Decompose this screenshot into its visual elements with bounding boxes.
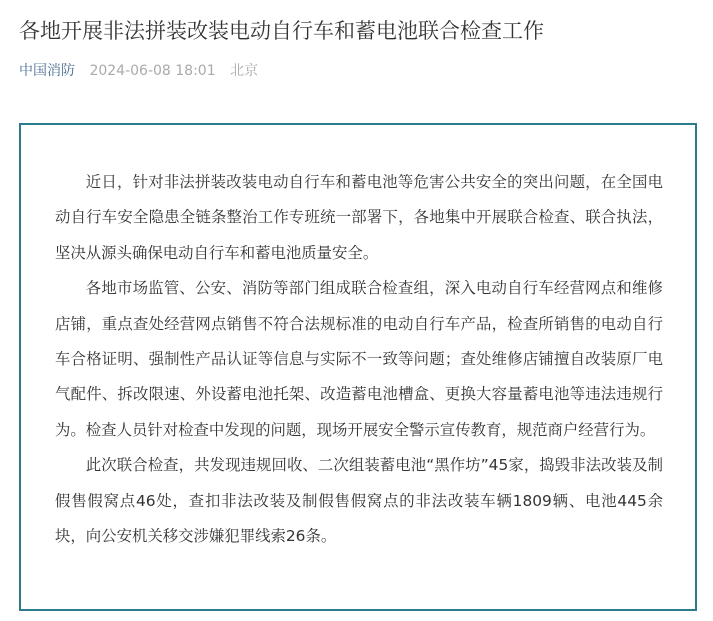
publish-location: 北京: [230, 63, 258, 79]
article-title: 各地开展非法拼装改装电动自行车和蓄电池联合检查工作: [19, 16, 544, 46]
article-content: 近日，针对非法拼装改装电动自行车和蓄电池等危害公共安全的突出问题，在全国电动自行…: [55, 165, 663, 554]
article-meta: 中国消防 2024-06-08 18:01 北京: [19, 60, 258, 82]
paragraph-3: 此次联合检查，共发现违规回收、二次组装蓄电池“黑作坊”45家，捣毁非法改装及制假…: [55, 448, 663, 554]
paragraph-2: 各地市场监管、公安、消防等部门组成联合检查组，深入电动自行车经营网点和维修店铺，…: [55, 271, 663, 448]
source-link[interactable]: 中国消防: [19, 63, 75, 79]
paragraph-1: 近日，针对非法拼装改装电动自行车和蓄电池等危害公共安全的突出问题，在全国电动自行…: [55, 165, 663, 271]
publish-datetime: 2024-06-08 18:01: [89, 63, 215, 79]
article-body-box: 近日，针对非法拼装改装电动自行车和蓄电池等危害公共安全的突出问题，在全国电动自行…: [19, 123, 697, 611]
